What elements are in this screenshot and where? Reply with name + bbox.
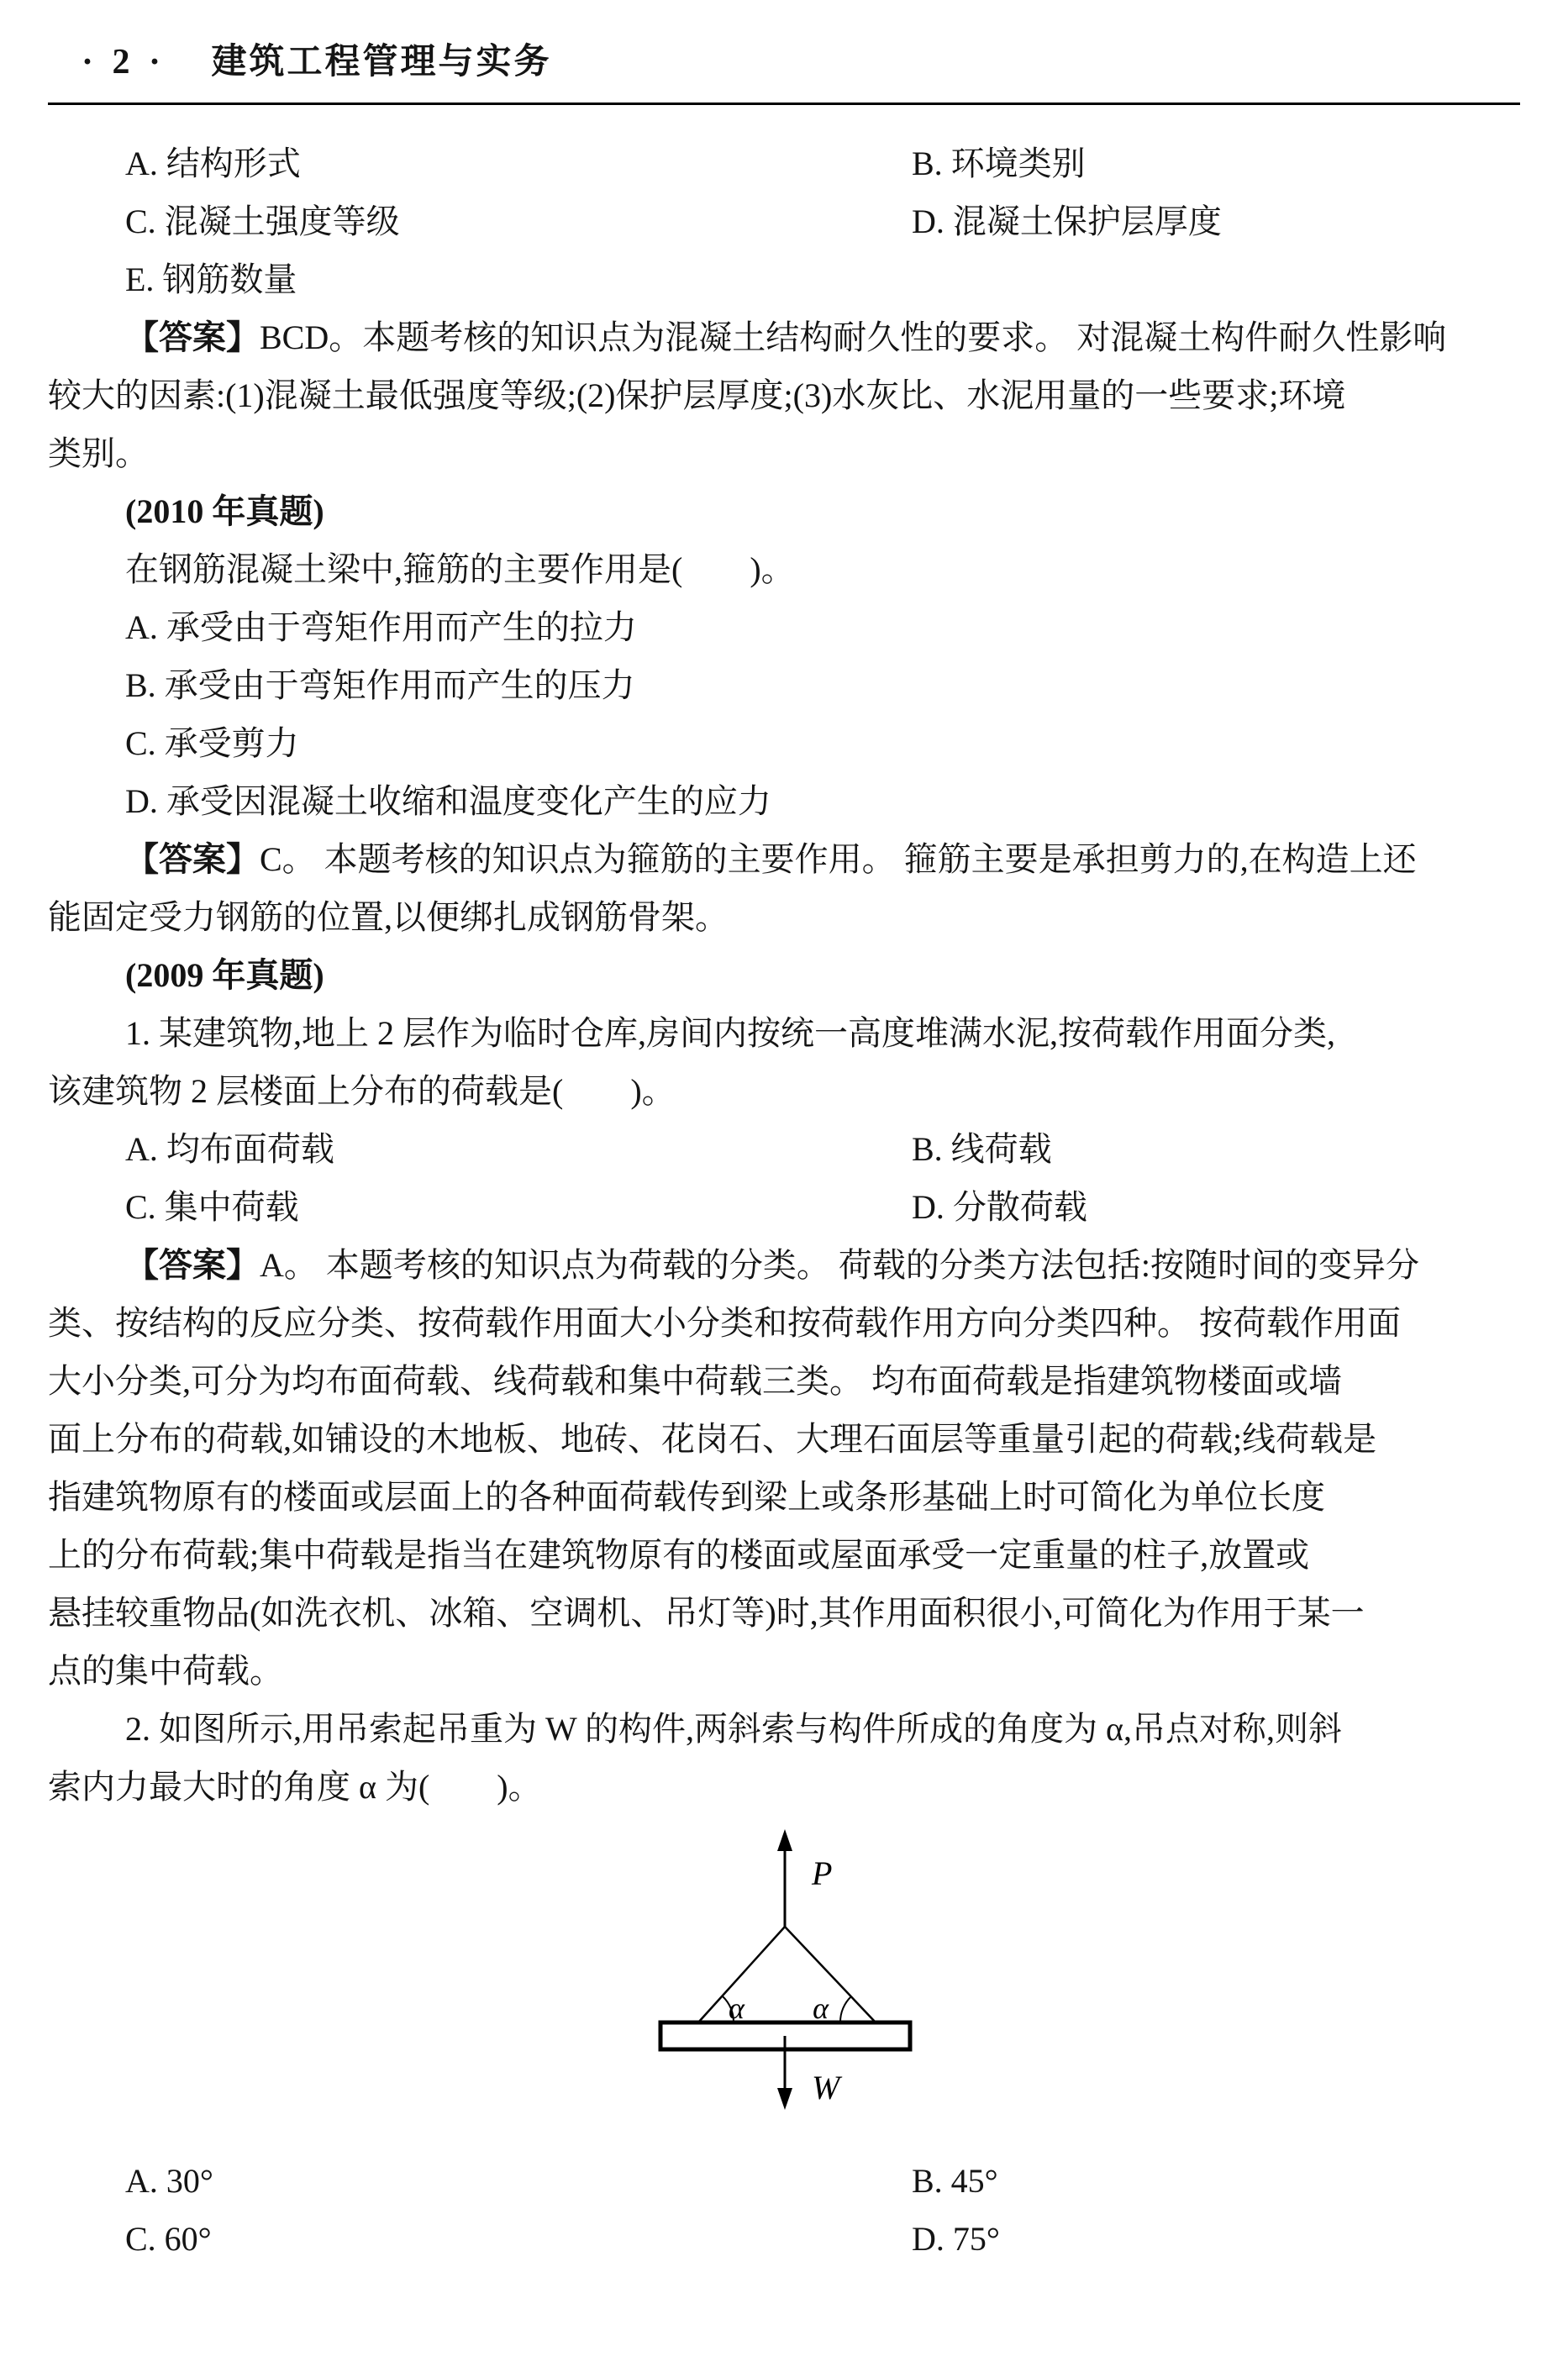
option-b: B. 线荷载 xyxy=(912,1120,1052,1178)
option-a: A. 结构形式 xyxy=(48,145,301,182)
option-c: C. 承受剪力 xyxy=(48,714,1522,772)
option-row: C. 集中荷载 D. 分散荷载 xyxy=(48,1178,1522,1236)
rigging-figure: P α α W xyxy=(592,1826,978,2113)
option-b: B. 承受由于弯矩作用而产生的压力 xyxy=(48,656,1522,714)
page-header: · 2 · 建筑工程管理与实务 xyxy=(48,34,1520,84)
answer-marker: 【答案】 xyxy=(125,1246,260,1284)
question-stem: 该建筑物 2 层楼面上分布的荷载是( )。 xyxy=(48,1062,1522,1120)
answer-marker: 【答案】 xyxy=(125,318,260,356)
answer-text: BCD。本题考核的知识点为混凝土结构耐久性的要求。 对混凝土构件耐久性影响 xyxy=(260,318,1446,356)
option-d: D. 混凝土保护层厚度 xyxy=(912,192,1222,250)
option-c: C. 60° xyxy=(48,2220,212,2258)
answer-line: 上的分布荷载;集中荷载是指当在建筑物原有的楼面或屋面承受一定重量的柱子,放置或 xyxy=(48,1526,1522,1584)
sling-diagram: P α α W xyxy=(592,1826,978,2113)
page-number-marker: · 2 · xyxy=(82,43,166,82)
book-page: · 2 · 建筑工程管理与实务 A. 结构形式 B. 环境类别 C. 混凝土强度… xyxy=(0,0,1568,2372)
answer-text: C。 本题考核的知识点为箍筋的主要作用。 箍筋主要是承担剪力的,在构造上还 xyxy=(260,840,1417,878)
answer-line: 【答案】C。 本题考核的知识点为箍筋的主要作用。 箍筋主要是承担剪力的,在构造上… xyxy=(48,830,1522,888)
option-e: E. 钢筋数量 xyxy=(48,250,1522,308)
option-row: A. 均布面荷载 B. 线荷载 xyxy=(48,1120,1522,1178)
answer-line: 类、按结构的反应分类、按荷载作用面大小分类和按荷载作用方向分类四种。 按荷载作用… xyxy=(48,1294,1522,1352)
answer-line: 能固定受力钢筋的位置,以便绑扎成钢筋骨架。 xyxy=(48,888,1522,946)
option-d: D. 分散荷载 xyxy=(912,1178,1087,1236)
question-stem: 1. 某建筑物,地上 2 层作为临时仓库,房间内按统一高度堆满水泥,按荷载作用面… xyxy=(48,1004,1522,1062)
answer-line: 点的集中荷载。 xyxy=(48,1642,1522,1700)
option-d: D. 承受因混凝土收缩和温度变化产生的应力 xyxy=(48,772,1522,830)
answer-line: 较大的因素:(1)混凝土最低强度等级;(2)保护层厚度;(3)水灰比、水泥用量的… xyxy=(48,366,1522,424)
answer-marker: 【答案】 xyxy=(125,840,260,878)
section-heading-2009: (2009 年真题) xyxy=(48,946,1522,1004)
section-heading-2010: (2010 年真题) xyxy=(48,482,1522,540)
option-row: A. 30° B. 45° xyxy=(48,2152,1522,2210)
option-a: A. 均布面荷载 xyxy=(48,1130,334,1168)
option-a: A. 30° xyxy=(48,2162,213,2200)
answer-line: 类别。 xyxy=(48,424,1522,482)
answer-line: 【答案】BCD。本题考核的知识点为混凝土结构耐久性的要求。 对混凝土构件耐久性影… xyxy=(48,308,1522,366)
weight-w-label: W xyxy=(812,2069,843,2106)
question-stem: 在钢筋混凝土梁中,箍筋的主要作用是( )。 xyxy=(48,540,1522,598)
header-divider xyxy=(48,103,1520,105)
question-stem: 索内力最大时的角度 α 为( )。 xyxy=(48,1758,1522,1816)
left-angle-label: α xyxy=(729,1991,745,2025)
book-title: 建筑工程管理与实务 xyxy=(212,43,552,82)
option-row: C. 60° D. 75° xyxy=(48,2210,1522,2268)
option-b: B. 环境类别 xyxy=(912,134,1086,192)
right-sling-line xyxy=(785,1927,876,2022)
answer-line: 【答案】A。 本题考核的知识点为荷载的分类。 荷载的分类方法包括:按随时间的变异… xyxy=(48,1236,1522,1294)
option-row: A. 结构形式 B. 环境类别 xyxy=(48,134,1522,192)
answer-line: 指建筑物原有的楼面或层面上的各种面荷载传到梁上或条形基础上时可简化为单位长度 xyxy=(48,1468,1522,1526)
option-c: C. 集中荷载 xyxy=(48,1188,299,1226)
right-angle-arc xyxy=(840,1996,851,2022)
option-d: D. 75° xyxy=(912,2210,1000,2268)
force-p-label: P xyxy=(811,1854,832,1892)
up-arrow-p xyxy=(777,1829,792,1927)
option-b: B. 45° xyxy=(912,2152,998,2210)
option-row: C. 混凝土强度等级 D. 混凝土保护层厚度 xyxy=(48,192,1522,250)
answer-line: 悬挂较重物品(如洗衣机、冰箱、空调机、吊灯等)时,其作用面积很小,可简化为作用于… xyxy=(48,1584,1522,1642)
answer-line: 面上分布的荷载,如铺设的木地板、地砖、花岗石、大理石面层等重量引起的荷载;线荷载… xyxy=(48,1410,1522,1468)
question-stem: 2. 如图所示,用吊索起吊重为 W 的构件,两斜索与构件所成的角度为 α,吊点对… xyxy=(48,1700,1522,1758)
option-a: A. 承受由于弯矩作用而产生的拉力 xyxy=(48,598,1522,656)
page-content: A. 结构形式 B. 环境类别 C. 混凝土强度等级 D. 混凝土保护层厚度 E… xyxy=(48,134,1522,2268)
answer-line: 大小分类,可分为均布面荷载、线荷载和集中荷载三类。 均布面荷载是指建筑物楼面或墙 xyxy=(48,1352,1522,1410)
right-angle-label: α xyxy=(813,1991,829,2025)
option-c: C. 混凝土强度等级 xyxy=(48,202,400,240)
answer-text: A。 本题考核的知识点为荷载的分类。 荷载的分类方法包括:按随时间的变异分 xyxy=(260,1246,1419,1284)
